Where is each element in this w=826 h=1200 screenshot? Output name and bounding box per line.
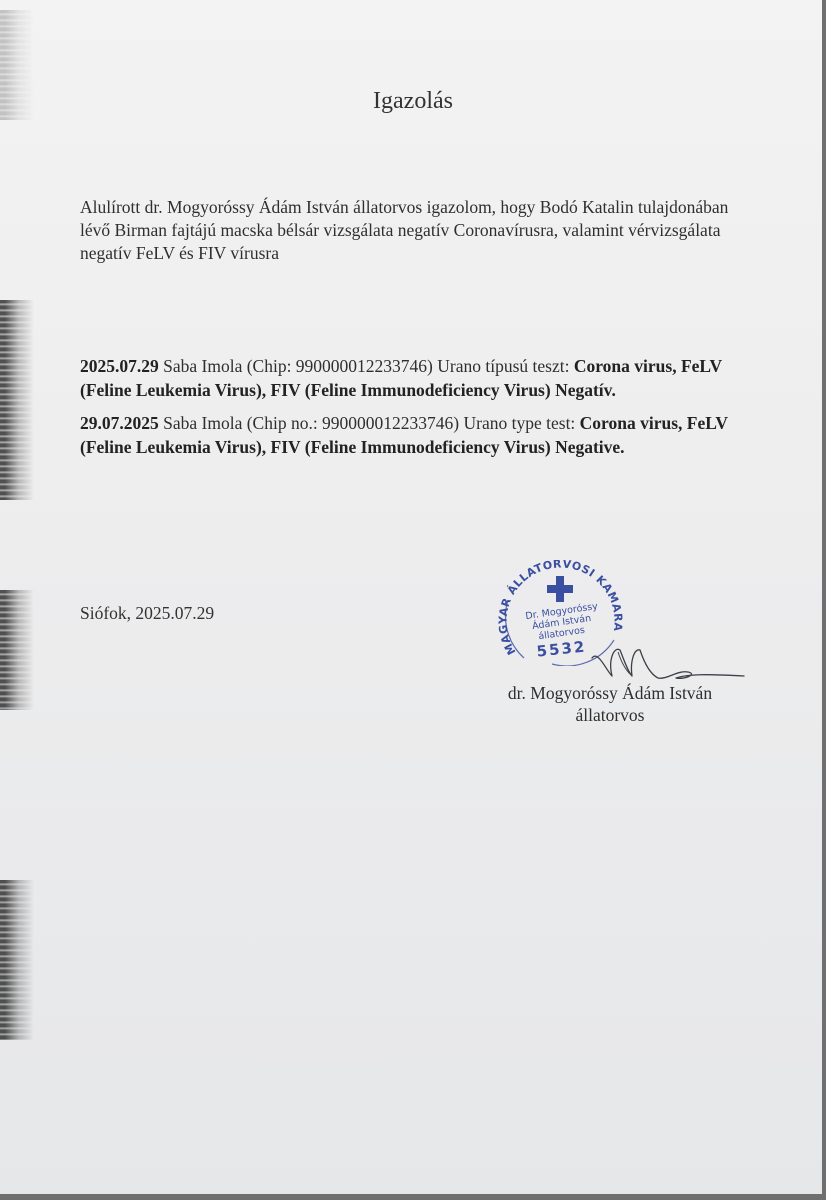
result-date: 2025.07.29 [80,356,159,376]
scan-artifact [0,590,34,710]
document-page: Igazolás Alulírott dr. Mogyoróssy Ádám I… [0,0,822,1194]
scan-artifact [0,880,34,1040]
signature [588,640,748,686]
signer-title: állatorvos [470,705,750,726]
result-date: 29.07.2025 [80,413,159,433]
test-result-english: 29.07.2025 Saba Imola (Chip no.: 9900000… [80,411,770,459]
stamp-number: 5532 [536,637,587,660]
cross-icon [547,576,573,602]
scan-artifact [0,300,34,500]
test-result-hungarian: 2025.07.29 Saba Imola (Chip: 99000001223… [80,354,770,402]
certificate-statement: Alulírott dr. Mogyoróssy Ádám István áll… [80,196,760,265]
result-details: Saba Imola (Chip: 990000012233746) Urano… [159,356,574,376]
signer-name: dr. Mogyoróssy Ádám István [470,683,750,704]
document-title: Igazolás [0,88,826,115]
result-details: Saba Imola (Chip no.: 990000012233746) U… [159,413,580,433]
place-and-date: Siófok, 2025.07.29 [80,603,214,624]
